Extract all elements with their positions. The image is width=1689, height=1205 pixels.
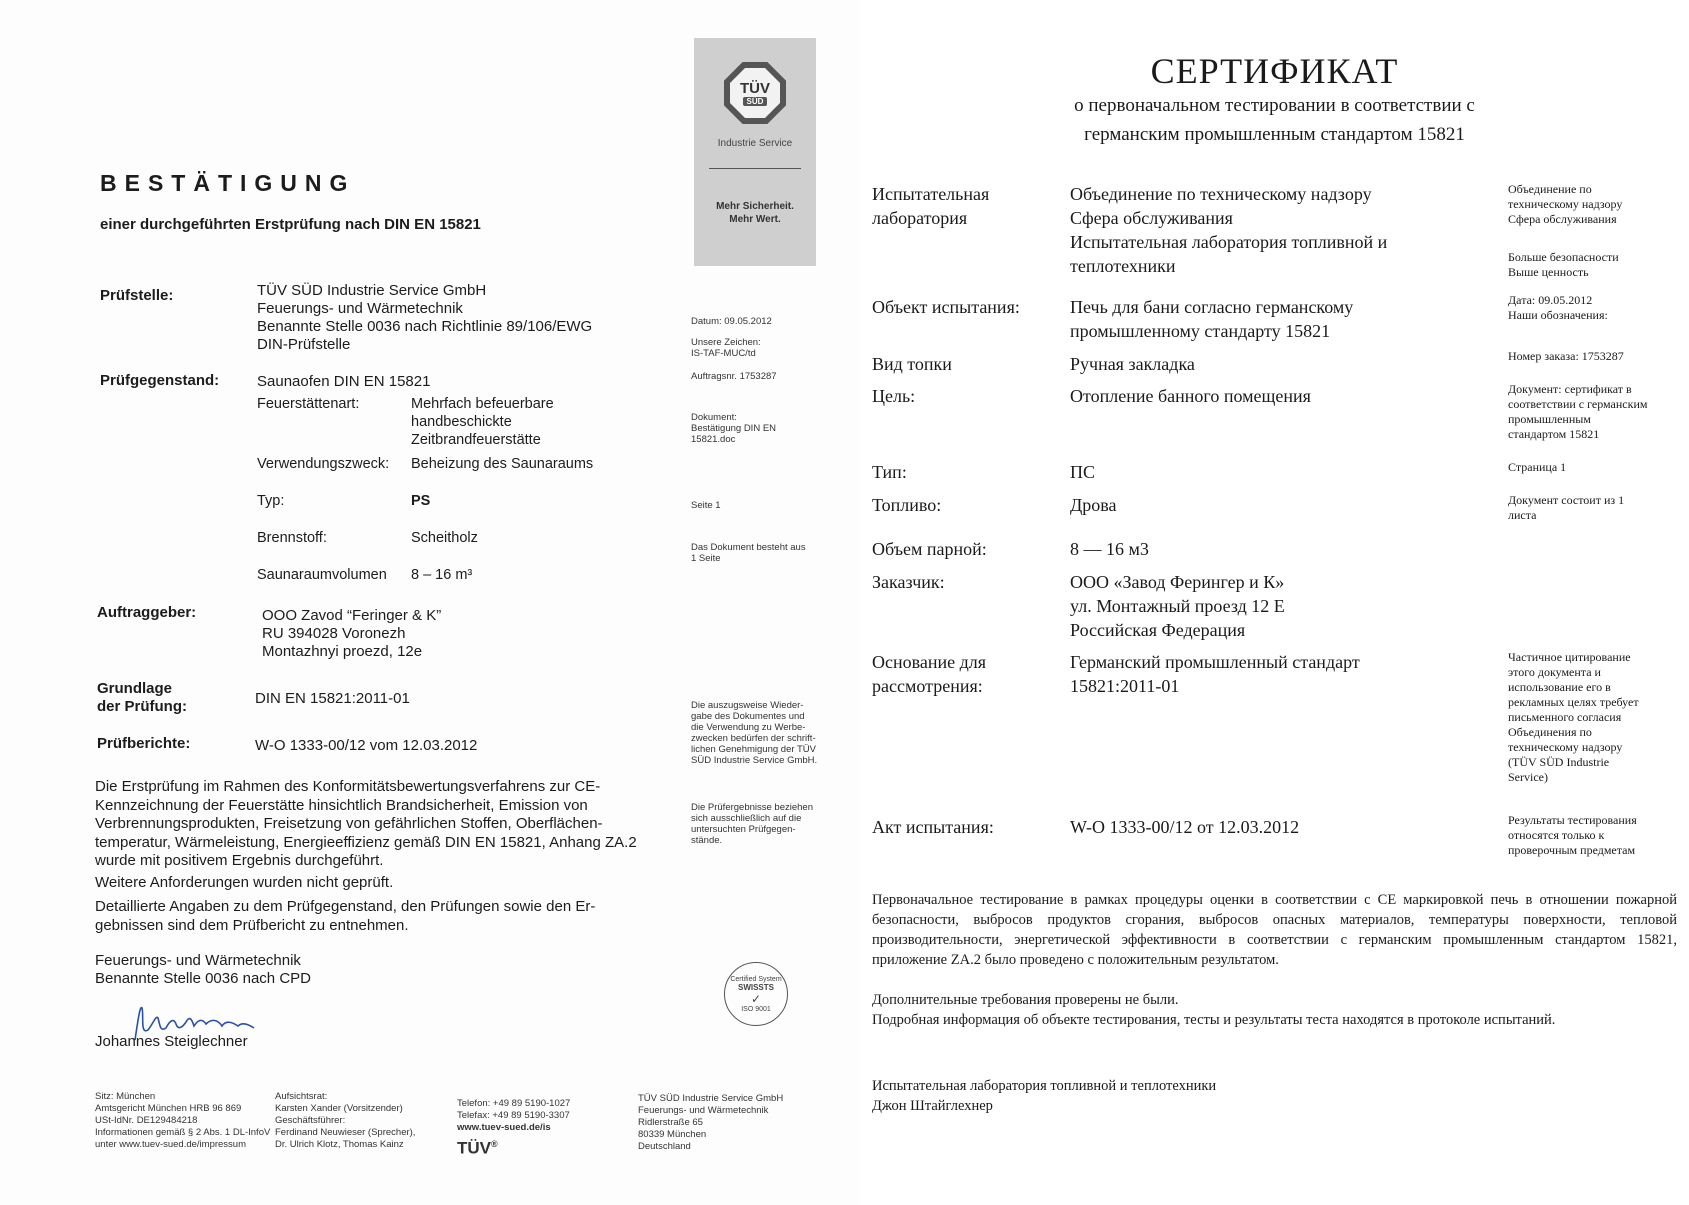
footer-line: USt-IdNr. DE129484218 xyxy=(95,1115,270,1127)
side-line: соответствии с германским xyxy=(1508,397,1683,412)
tuv-octagon-logo-icon: TÜV SÜD xyxy=(724,62,786,124)
certificate-title: СЕРТИФИКАТ xyxy=(860,50,1689,92)
notice-line: gabe des Dokumentes und xyxy=(691,711,817,722)
notice-line: zwecken bedürfen der schrift- xyxy=(691,733,817,744)
row-label: Заказчик: xyxy=(872,570,945,594)
notice-line: Die Prüfergebnisse beziehen xyxy=(691,802,813,813)
footer-line: Sitz: München xyxy=(95,1091,270,1103)
side-line: Частичное цитирование xyxy=(1508,650,1683,665)
row-label: Топливо: xyxy=(872,493,941,517)
footer-line: Aufsichtsrat: xyxy=(275,1091,415,1103)
side-line: Объединения по xyxy=(1508,725,1683,740)
detail-value: Scheitholz xyxy=(411,529,478,547)
value-line: Российская Федерация xyxy=(1070,618,1450,642)
value-line: DIN-Prüfstelle xyxy=(257,336,592,354)
side-line: техническому надзору xyxy=(1508,740,1683,755)
footer-line: Deutschland xyxy=(638,1141,783,1153)
notice-line: sich ausschließlich auf die xyxy=(691,813,813,824)
certificate-paragraph: Дополнительные требования проверены не б… xyxy=(872,990,1677,1010)
detail-value: Mehrfach befeuerbare handbeschickte Zeit… xyxy=(411,395,554,449)
meta-value: Bestätigung DIN EN xyxy=(691,423,776,434)
value-line: TÜV SÜD Industrie Service GmbH xyxy=(257,282,592,300)
side-line: Больше безопасности xyxy=(1508,250,1683,265)
detail-label: Feuerstättenart: xyxy=(257,395,359,413)
body-paragraph: Die Erstprüfung im Rahmen des Konformitä… xyxy=(95,778,655,871)
side-line: письменного согласия xyxy=(1508,710,1683,725)
grundlage-value: DIN EN 15821:2011-01 xyxy=(255,690,410,708)
stamp-text: ISO 9001 xyxy=(741,1006,771,1013)
body-paragraph: Weitere Anforderungen wurden nicht geprü… xyxy=(95,874,655,893)
auftraggeber-value: OOO Zavod “Feringer & K” RU 394028 Voron… xyxy=(262,607,441,661)
meta-reference: Unsere Zeichen: IS-TAF-MUC/td xyxy=(691,337,761,359)
meta-page-count: Das Dokument besteht aus 1 Seite xyxy=(691,542,806,564)
side-line: использование его в xyxy=(1508,680,1683,695)
russian-certificate-document: СЕРТИФИКАТ о первоначальном тестировании… xyxy=(860,0,1689,1205)
label-line: der Prüfung: xyxy=(97,698,187,716)
row-label: Акт испытания: xyxy=(872,815,994,839)
row-value: Германский промышленный стандарт 15821:2… xyxy=(1070,650,1450,698)
meta-label: Dokument: xyxy=(691,412,776,423)
slogan-line: Mehr Sicherheit. xyxy=(694,200,816,213)
footer-line: 80339 München xyxy=(638,1129,783,1141)
stamp-text: Certified System xyxy=(730,976,781,983)
checkmark-icon: ✓ xyxy=(751,992,761,1006)
footer-line: Telefax: +49 89 5190-3307 xyxy=(457,1110,570,1122)
label-line: Основание для xyxy=(872,650,986,674)
side-line: Объединение по xyxy=(1508,182,1683,197)
value-line: Mehrfach befeuerbare xyxy=(411,395,554,413)
value-line: промышленному стандарту 15821 xyxy=(1070,319,1450,343)
label-line: лаборатория xyxy=(872,206,989,230)
logo-brand-top: TÜV xyxy=(740,81,770,96)
notice-line: lichen Genehmigung der TÜV xyxy=(691,744,817,755)
auftraggeber-label: Auftraggeber: xyxy=(97,604,196,621)
side-slogan: Больше безопасности Выше ценность xyxy=(1508,250,1683,280)
side-line: Выше ценность xyxy=(1508,265,1683,280)
side-order: Номер заказа: 1753287 xyxy=(1508,349,1683,364)
footer-line: Telefon: +49 89 5190-1027 xyxy=(457,1098,570,1110)
row-value: Объединение по техническому надзору Сфер… xyxy=(1070,182,1450,278)
side-line: листа xyxy=(1508,508,1683,523)
side-line: Документ состоит из 1 xyxy=(1508,493,1683,508)
label-line: рассмотрения: xyxy=(872,674,986,698)
document-title: BESTÄTIGUNG xyxy=(100,170,355,197)
logo-brand-bottom: SÜD xyxy=(743,97,768,106)
row-label: Вид топки xyxy=(872,352,952,376)
detail-label: Saunaraumvolumen xyxy=(257,566,387,584)
notice-line: untersuchten Prüfgegen- xyxy=(691,824,813,835)
signatory-name: Johannes Steiglechner xyxy=(95,1033,248,1051)
row-value: Отопление банного помещения xyxy=(1070,384,1450,408)
logo-division: Industrie Service xyxy=(694,138,816,149)
detail-label: Brennstoff: xyxy=(257,529,327,547)
wordmark-text: TÜV xyxy=(457,1139,491,1158)
meta-results-notice: Die Prüfergebnisse beziehen sich ausschl… xyxy=(691,802,813,846)
footer-line: Dr. Ulrich Klotz, Thomas Kainz xyxy=(275,1139,415,1151)
side-line: Наши обозначения: xyxy=(1508,308,1683,323)
value-line: Benannte Stelle 0036 nach Richtlinie 89/… xyxy=(257,318,592,336)
slogan-line: Mehr Wert. xyxy=(694,213,816,226)
pruefberichte-value: W-O 1333-00/12 vom 12.03.2012 xyxy=(255,737,477,755)
row-label: Испытательная лаборатория xyxy=(872,182,989,230)
value-line: 15821:2011-01 xyxy=(1070,674,1450,698)
footer-line: Geschäftsführer: xyxy=(275,1115,415,1127)
pruefberichte-label: Prüfberichte: xyxy=(97,735,190,752)
certificate-paragraph: Первоначальное тестирование в рамках про… xyxy=(872,890,1677,970)
side-line: Результаты тестирования xyxy=(1508,813,1683,828)
meta-reproduction-notice: Die auszugsweise Wieder- gabe des Dokume… xyxy=(691,700,817,766)
side-line: этого документа и xyxy=(1508,665,1683,680)
meta-value: 15821.doc xyxy=(691,434,776,445)
value-line: OOO Zavod “Feringer & K” xyxy=(262,607,441,625)
pruefgegenstand-value: Saunaofen DIN EN 15821 xyxy=(257,373,430,391)
footer-line: TÜV SÜD Industrie Service GmbH xyxy=(638,1093,783,1105)
value-line: Zeitbrandfeuerstätte xyxy=(411,431,554,449)
value-line: Montazhnyi proezd, 12e xyxy=(262,643,441,661)
value-line: Испытательная лаборатория топливной и xyxy=(1070,230,1450,254)
tuv-sud-logo-panel: TÜV SÜD Industrie Service Mehr Sicherhei… xyxy=(694,38,816,266)
side-line: промышленным xyxy=(1508,412,1683,427)
footer-management: Aufsichtsrat: Karsten Xander (Vorsitzend… xyxy=(275,1091,415,1151)
row-value: ПС xyxy=(1070,460,1450,484)
detail-label: Typ: xyxy=(257,492,284,510)
row-label: Цель: xyxy=(872,384,915,408)
row-value: Печь для бани согласно германскому промы… xyxy=(1070,295,1450,343)
notice-line: Die auszugsweise Wieder- xyxy=(691,700,817,711)
meta-page: Seite 1 xyxy=(691,500,721,511)
notice-line: SÜD Industrie Service GmbH. xyxy=(691,755,817,766)
side-line: Документ: сертификат в xyxy=(1508,382,1683,397)
notice-line: die Verwendung zu Werbe- xyxy=(691,722,817,733)
label-line: Grundlage xyxy=(97,680,187,698)
side-line: проверочным предметам xyxy=(1508,843,1683,858)
certificate-signature-department: Испытательная лаборатория топливной и те… xyxy=(872,1076,1677,1096)
footer-website-link[interactable]: www.tuev-sued.de/is xyxy=(457,1122,570,1134)
certificate-signatory-name: Джон Штайглехнер xyxy=(872,1096,1677,1116)
value-line: Feuerungs- und Wärmetechnik xyxy=(257,300,592,318)
side-date: Дата: 09.05.2012 Наши обозначения: xyxy=(1508,293,1683,323)
value-line: теплотехники xyxy=(1070,254,1450,278)
logo-divider xyxy=(709,168,801,169)
footer-line: Ferdinand Neuwieser (Sprecher), xyxy=(275,1127,415,1139)
footer-registration: Sitz: München Amtsgericht München HRB 96… xyxy=(95,1091,270,1151)
label-line: Испытательная xyxy=(872,182,989,206)
meta-document: Dokument: Bestätigung DIN EN 15821.doc xyxy=(691,412,776,445)
pruefgegenstand-label: Prüfgegenstand: xyxy=(100,372,219,389)
tuv-wordmark-icon: TÜV® xyxy=(457,1134,570,1159)
side-results-notice: Результаты тестирования относятся только… xyxy=(1508,813,1683,858)
side-line: (TÜV SÜD Industrie xyxy=(1508,755,1683,770)
meta-line: 1 Seite xyxy=(691,553,806,564)
row-label: Объект испытания: xyxy=(872,295,1020,319)
footer-line: Ridlerstraße 65 xyxy=(638,1117,783,1129)
value-line: ул. Монтажный проезд 12 Е xyxy=(1070,594,1450,618)
row-value: 8 — 16 м3 xyxy=(1070,537,1450,561)
footer-line: Karsten Xander (Vorsitzender) xyxy=(275,1103,415,1115)
stamp-text: SWISSTS xyxy=(738,983,774,992)
registered-mark: ® xyxy=(491,1139,498,1149)
row-value: Дрова xyxy=(1070,493,1450,517)
value-line: ООО «Завод Ферингер и К» xyxy=(1070,570,1450,594)
detail-value: 8 – 16 m³ xyxy=(411,566,472,584)
side-citation-notice: Частичное цитирование этого документа и … xyxy=(1508,650,1683,785)
german-confirmation-document: BESTÄTIGUNG einer durchgeführten Erstprü… xyxy=(0,0,860,1205)
logo-slogan: Mehr Sicherheit. Mehr Wert. xyxy=(694,200,816,226)
meta-order-number: Auftragsnr. 1753287 xyxy=(691,371,777,382)
row-label: Основание для рассмотрения: xyxy=(872,650,986,698)
side-line: относятся только к xyxy=(1508,828,1683,843)
footer-line: Amtsgericht München HRB 96 869 xyxy=(95,1103,270,1115)
notice-line: stände. xyxy=(691,835,813,846)
footer-address: TÜV SÜD Industrie Service GmbH Feuerungs… xyxy=(638,1093,783,1153)
side-line: техническому надзору xyxy=(1508,197,1683,212)
value-line: handbeschickte xyxy=(411,413,554,431)
meta-line: Das Dokument besteht aus xyxy=(691,542,806,553)
pruefstelle-value: TÜV SÜD Industrie Service GmbH Feuerungs… xyxy=(257,282,592,354)
row-label: Объем парной: xyxy=(872,537,987,561)
side-page: Страница 1 xyxy=(1508,460,1683,475)
side-line: Service) xyxy=(1508,770,1683,785)
footer-line: unter www.tuev-sued.de/impressum xyxy=(95,1139,270,1151)
meta-label: Unsere Zeichen: xyxy=(691,337,761,348)
side-line: Сфера обслуживания xyxy=(1508,212,1683,227)
detail-value: PS xyxy=(411,492,430,510)
signature-department: Feuerungs- und Wärmetechnik xyxy=(95,952,301,970)
side-document: Документ: сертификат в соответствии с ге… xyxy=(1508,382,1683,442)
detail-label: Verwendungszweck: xyxy=(257,455,389,473)
value-line: Объединение по техническому надзору xyxy=(1070,182,1450,206)
meta-date: Datum: 09.05.2012 xyxy=(691,316,772,327)
grundlage-label: Grundlage der Prüfung: xyxy=(97,680,187,716)
signature-notified-body: Benannte Stelle 0036 nach CPD xyxy=(95,970,311,988)
footer-line: Feuerungs- und Wärmetechnik xyxy=(638,1105,783,1117)
value-line: RU 394028 Voronezh xyxy=(262,625,441,643)
iso-9001-stamp-icon: Certified System SWISSTS ✓ ISO 9001 xyxy=(724,962,788,1026)
value-line: Печь для бани согласно германскому xyxy=(1070,295,1450,319)
row-value: W-O 1333-00/12 от 12.03.2012 xyxy=(1070,815,1450,839)
side-consists: Документ состоит из 1 листа xyxy=(1508,493,1683,523)
footer-line: Informationen gemäß § 2 Abs. 1 DL-InfoV xyxy=(95,1127,270,1139)
side-line: Дата: 09.05.2012 xyxy=(1508,293,1683,308)
side-org: Объединение по техническому надзору Сфер… xyxy=(1508,182,1683,227)
row-value: ООО «Завод Ферингер и К» ул. Монтажный п… xyxy=(1070,570,1450,642)
row-value: Ручная закладка xyxy=(1070,352,1450,376)
detail-value: Beheizung des Saunaraums xyxy=(411,455,593,473)
value-line: Германский промышленный стандарт xyxy=(1070,650,1450,674)
body-paragraph: Detaillierte Angaben zu dem Prüfgegensta… xyxy=(95,898,655,935)
footer-contact: Telefon: +49 89 5190-1027 Telefax: +49 8… xyxy=(457,1098,570,1159)
row-label: Тип: xyxy=(872,460,907,484)
meta-value: IS-TAF-MUC/td xyxy=(691,348,761,359)
pruefstelle-label: Prüfstelle: xyxy=(100,287,173,304)
value-line: Сфера обслуживания xyxy=(1070,206,1450,230)
document-subtitle: einer durchgeführten Erstprüfung nach DI… xyxy=(100,216,481,233)
certificate-paragraph: Подробная информация об объекте тестиров… xyxy=(872,1010,1677,1030)
side-line: стандартом 15821 xyxy=(1508,427,1683,442)
side-line: рекламных целях требует xyxy=(1508,695,1683,710)
certificate-subtitle: германским промышленным стандартом 15821 xyxy=(860,124,1689,146)
certificate-subtitle: о первоначальном тестировании в соответс… xyxy=(860,95,1689,117)
